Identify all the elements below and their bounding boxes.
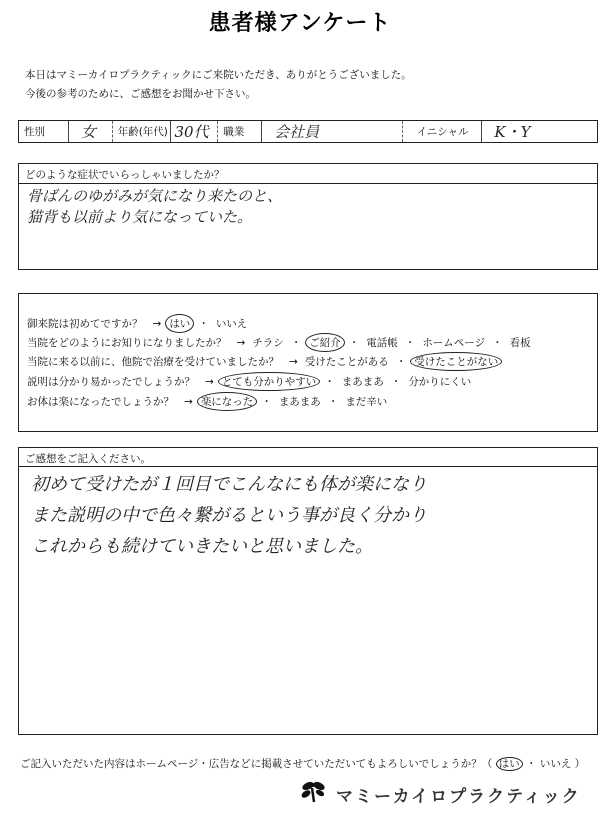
- option-selected[interactable]: はい: [165, 314, 194, 333]
- question-text: 当院に来る以前に、他院で治療を受けていましたか？: [27, 356, 279, 368]
- option-selected[interactable]: ご紹介: [305, 333, 345, 352]
- symptoms-answer-line: 骨ばんのゆがみが気になり来たのと、: [19, 186, 597, 207]
- separator: ・: [324, 376, 335, 388]
- option-selected[interactable]: 受けたことがない: [410, 352, 502, 371]
- page-title: 患者様アンケート: [0, 6, 600, 37]
- option-unselected[interactable]: まだ辛い: [342, 393, 390, 410]
- option-unselected[interactable]: まあまあ: [276, 393, 324, 410]
- question-text: 当院をどのようにお知りになりましたか？: [27, 337, 227, 349]
- dragonfly-icon: [300, 780, 326, 808]
- option-unselected[interactable]: 分かりにくい: [405, 373, 474, 390]
- separator: ・: [198, 318, 209, 330]
- intro-line-1: 本日はマミーカイロプラクティックにご来院いただき、ありがとうございました。: [25, 67, 412, 82]
- initial-value[interactable]: K・Y: [482, 121, 597, 142]
- symptoms-answer[interactable]: 骨ばんのゆがみが気になり来たのと、 猫背も以前より気になっていた。: [19, 184, 597, 228]
- separator: ・: [261, 396, 272, 408]
- comments-answer-line: また説明の中で色々繋がるという事が良く分かり: [19, 500, 597, 531]
- info-table: 性別 女 年齢(年代) 30代 職業 会社員 イニシャル K・Y: [18, 120, 598, 143]
- option-selected[interactable]: 楽になった: [197, 392, 258, 411]
- question-row: 御来院は初めてですか？→はい・いいえ: [27, 314, 250, 333]
- symptoms-box: どのような症状でいらっしゃいましたか？ 骨ばんのゆがみが気になり来たのと、 猫背…: [18, 163, 598, 270]
- symptoms-answer-line: 猫背も以前より気になっていた。: [19, 207, 597, 228]
- separator: ・: [328, 396, 339, 408]
- age-label: 年齢(年代): [113, 121, 171, 142]
- question-text: 御来院は初めてですか？: [27, 318, 143, 330]
- option-unselected[interactable]: まあまあ: [339, 373, 387, 390]
- questions-box: 御来院は初めてですか？→はい・いいえ当院をどのようにお知りになりましたか？→チラ…: [18, 293, 598, 432]
- comments-answer[interactable]: 初めて受けたが１回目でこんなにも体が楽になり また説明の中で色々繋がるという事が…: [19, 467, 597, 562]
- comments-answer-line: 初めて受けたが１回目でこんなにも体が楽になり: [19, 469, 597, 500]
- option-unselected[interactable]: チラシ: [249, 334, 287, 351]
- arrow-right-icon: →: [205, 376, 214, 388]
- question-text: 説明は分かり易かったでしょうか？: [27, 376, 195, 388]
- separator: ・: [405, 337, 416, 349]
- separator: ・: [291, 337, 302, 349]
- separator: ・: [391, 376, 402, 388]
- option-unselected[interactable]: 受けたことがある: [302, 353, 392, 370]
- question-row: 説明は分かり易かったでしょうか？→とても分かりやすい・まあまあ・分かりにくい: [27, 372, 474, 391]
- symptoms-question: どのような症状でいらっしゃいましたか？: [19, 164, 597, 184]
- option-unselected[interactable]: いいえ: [213, 315, 251, 332]
- comments-answer-line: これからも続けていきたいと思いました。: [19, 531, 597, 562]
- arrow-right-icon: →: [237, 337, 246, 349]
- option-unselected[interactable]: 電話帳: [363, 334, 401, 351]
- question-row: お体は楽になったでしょうか？→楽になった・まあまあ・まだ辛い: [27, 392, 390, 411]
- initial-label: イニシャル: [403, 121, 483, 142]
- consent-question: ご記入いただいた内容はホームページ・広告などに掲載させていただいてもよろしいでし…: [20, 758, 482, 770]
- option-unselected[interactable]: 看板: [507, 334, 534, 351]
- question-row: 当院をどのようにお知りになりましたか？→チラシ・ご紹介・電話帳・ホームページ・看…: [27, 333, 534, 352]
- consent-line: ご記入いただいた内容はホームページ・広告などに掲載させていただいてもよろしいでし…: [20, 756, 585, 771]
- separator: ・: [492, 337, 503, 349]
- arrow-right-icon: →: [289, 356, 298, 368]
- comments-prompt: ご感想をご記入ください。: [19, 448, 597, 467]
- job-label: 職業: [218, 121, 262, 142]
- option-selected[interactable]: とても分かりやすい: [218, 372, 321, 391]
- consent-option-no[interactable]: いいえ: [540, 758, 572, 770]
- age-value[interactable]: 30代: [171, 121, 219, 142]
- question-text: お体は楽になったでしょうか？: [27, 396, 174, 408]
- question-row: 当院に来る以前に、他院で治療を受けていましたか？→受けたことがある・受けたことが…: [27, 352, 502, 371]
- separator: ・: [396, 356, 407, 368]
- arrow-right-icon: →: [153, 318, 162, 330]
- job-value[interactable]: 会社員: [262, 121, 402, 142]
- intro-line-2: 今後の参考のために、ご感想をお聞かせ下さい。: [25, 86, 256, 101]
- consent-option-yes[interactable]: はい: [496, 757, 523, 771]
- comments-box: ご感想をご記入ください。 初めて受けたが１回目でこんなにも体が楽になり また説明…: [18, 447, 598, 735]
- gender-value[interactable]: 女: [69, 121, 113, 142]
- gender-label: 性別: [19, 121, 69, 142]
- separator: ・: [349, 337, 360, 349]
- arrow-right-icon: →: [184, 396, 193, 408]
- brand-name: マミーカイロプラクティック: [336, 782, 581, 807]
- option-unselected[interactable]: ホームページ: [419, 334, 488, 351]
- footer-logo: マミーカイロプラクティック: [300, 780, 581, 808]
